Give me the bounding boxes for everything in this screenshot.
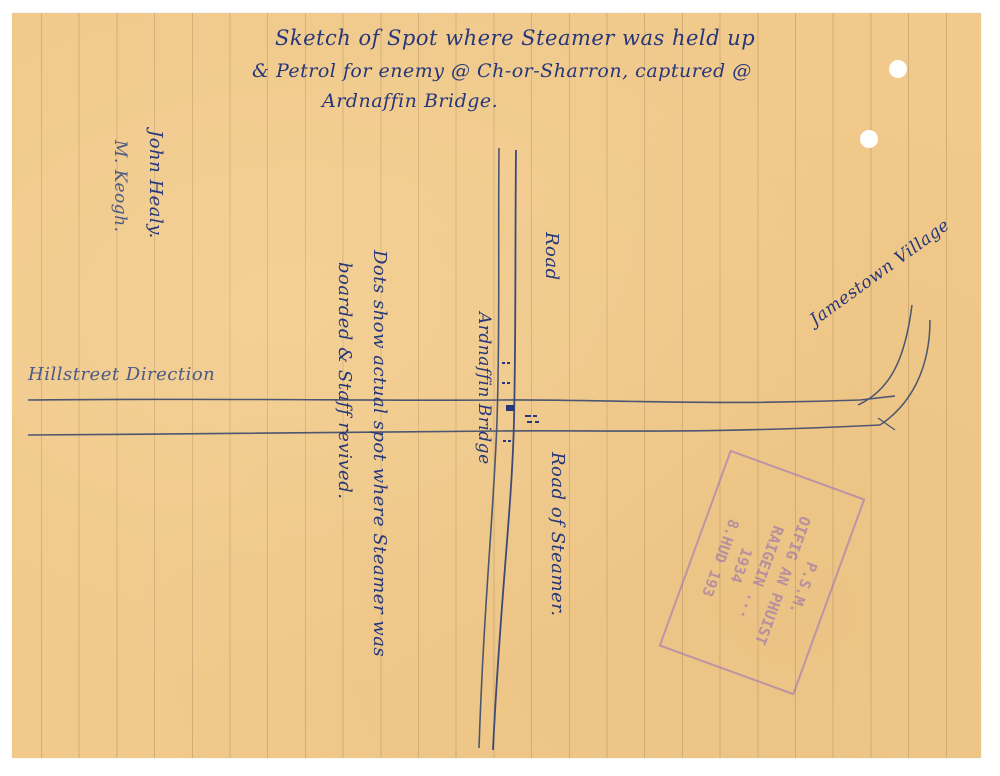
note-dots-line-1: Dots show actual spot where Steamer was [369,250,390,657]
signature-keogh: M. Keogh. [110,140,130,233]
label-road-upper: Road [541,232,562,281]
label-hillstreet-direction: Hillstreet Direction [28,364,215,385]
road-sketch [0,0,1000,776]
label-ardnaffin-bridge: Ardnaffin Bridge [474,312,494,465]
title-line-3: Ardnaffin Bridge. [322,90,498,112]
note-dots-line-2: boarded & Staff revived. [334,262,355,499]
signature-john-healy: John Healy. [145,130,166,239]
title-line-2: & Petrol for enemy @ Ch-or-Sharron, capt… [252,60,752,82]
title-line-1: Sketch of Spot where Steamer was held up [275,26,755,50]
label-road-of-steamer: Road of Steamer. [547,452,568,617]
